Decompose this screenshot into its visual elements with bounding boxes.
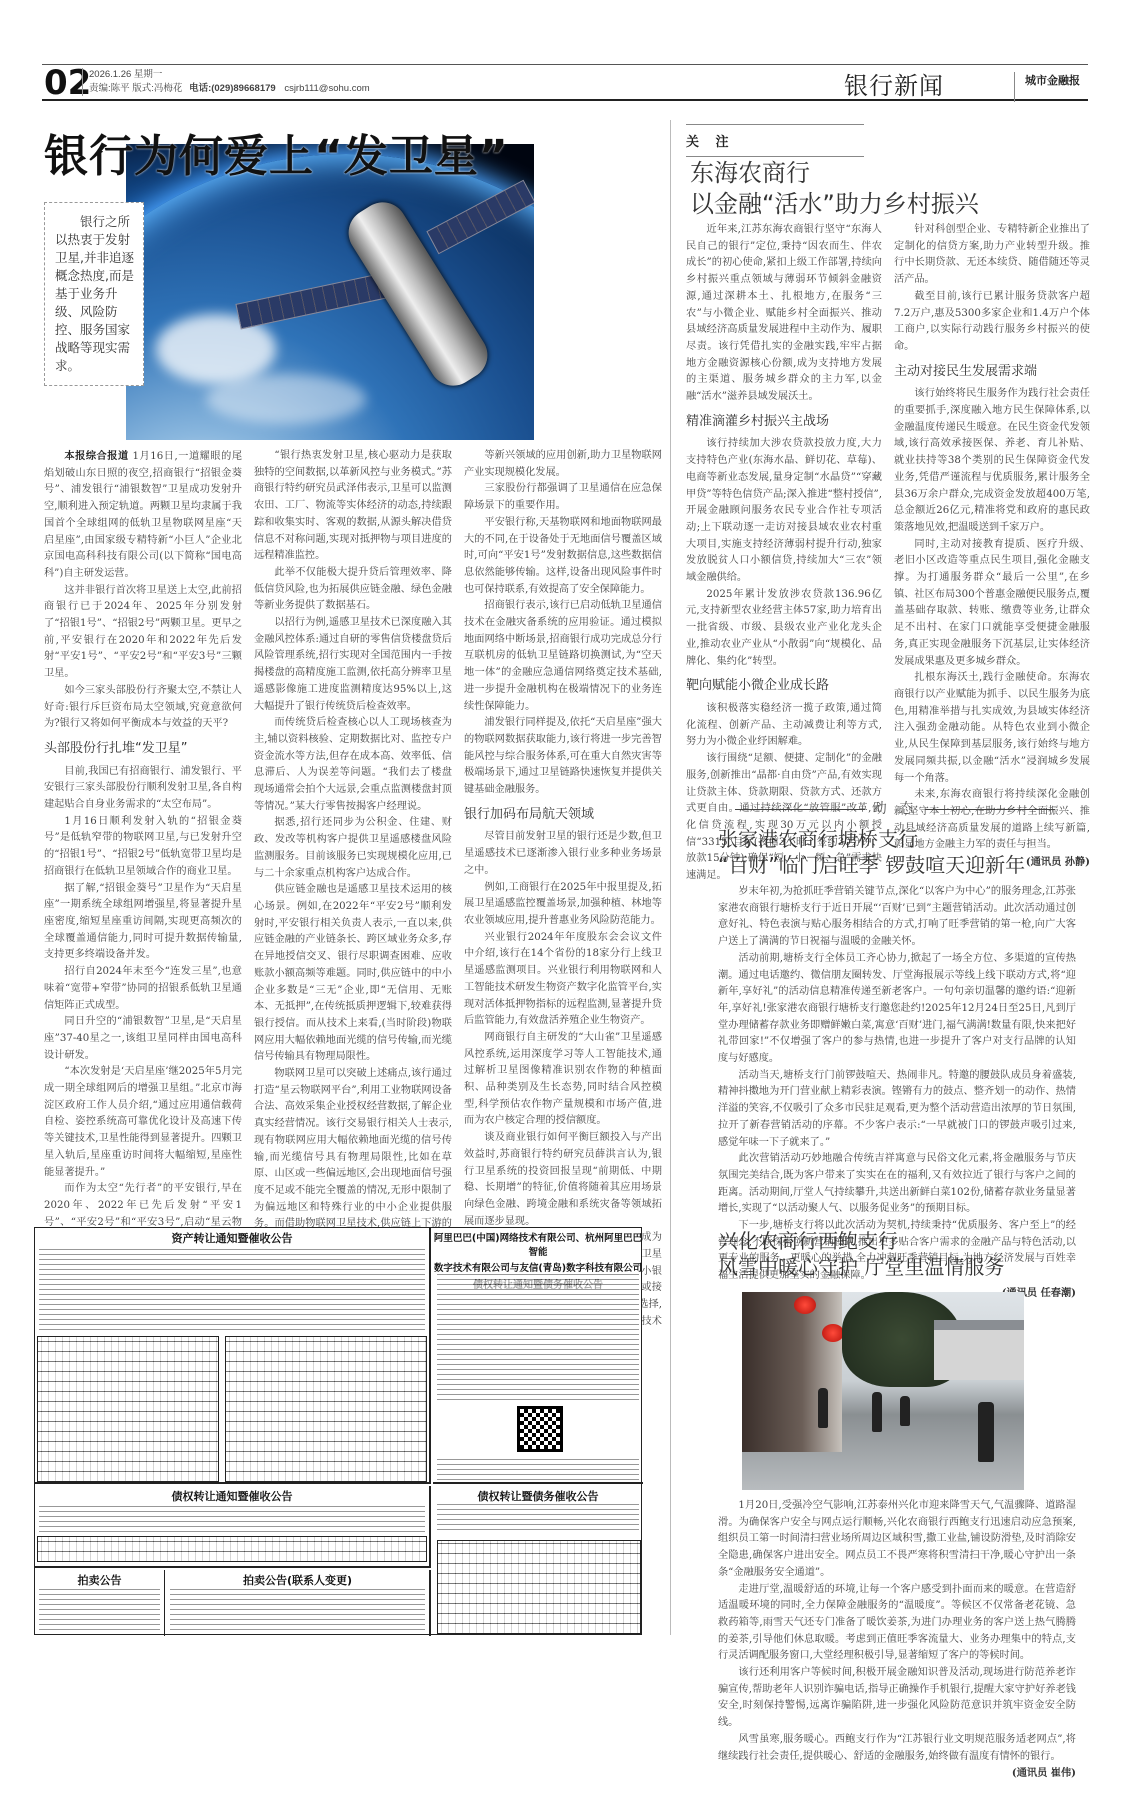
satellite-image <box>126 144 534 440</box>
staff-person-shoveling <box>978 1402 994 1462</box>
lead-column-3: 等新兴领域的应用创新,助力卫星物联网产业实现规模化发展。 三家股份行都强调了卫星… <box>464 448 662 1347</box>
section-divider: 动 态 <box>720 798 1070 818</box>
story-headline: 兴化农商行西鲍支行 风雪中暖心守护 厅堂里温情服务 <box>718 1228 1004 1280</box>
notice-auction-contact-change: 拍卖公告(联系人变更) <box>166 1570 431 1636</box>
cloud-band <box>206 374 366 424</box>
story1-column-a: 近年来,江苏东海农商银行坚守“东海人民自己的银行”定位,秉持“因农而生、伴农成长… <box>686 222 882 885</box>
subhead: 主动对接民生发展需求端 <box>894 364 1090 381</box>
byline: (通讯员 崔伟) <box>718 1765 1076 1782</box>
red-lantern <box>822 1324 844 1342</box>
subhead: 靶向赋能小微企业成长路 <box>686 678 882 695</box>
lead-column-1: 本报综合报道 1月16日,一道耀眼的尾焰划破山东日照的夜空,招商银行“招银金葵号… <box>44 448 242 1346</box>
notice-debt-collection: 债权转让暨债务催收公告 <box>433 1486 643 1636</box>
phone: 电话:(029)89668179 <box>189 83 276 94</box>
notice-auction: 拍卖公告 <box>35 1570 165 1636</box>
issue-date: 2026.1.26 星期一 <box>89 68 370 82</box>
section-kicker: 关 注 <box>686 124 864 157</box>
staff-person <box>818 1388 828 1428</box>
story-headline: 张家港农商行塘桥支行 “百财”临门启旺季 锣鼓喧天迎新年 <box>718 826 1025 878</box>
column-divider <box>670 120 671 1635</box>
staff-person <box>900 1396 910 1426</box>
red-lantern <box>794 1296 816 1314</box>
subhead: 头部股份行扎堆“发卫星” <box>44 741 242 758</box>
divider-label: 动 态 <box>873 801 917 817</box>
notice-debt-transfer: 债权转让通知暨催收公告 <box>35 1486 431 1568</box>
section-title: 银行新闻 <box>844 66 944 101</box>
newspaper-name: 城市金融报 <box>1014 72 1080 102</box>
lead-label: 本报综合报道 <box>64 450 128 462</box>
notice-table-right <box>225 1336 427 1482</box>
lead-headline: 银行为何爱上“发卫星” <box>44 120 509 184</box>
masthead-top-rule <box>42 64 1088 65</box>
building <box>934 1320 1024 1380</box>
story3-body: 1月20日,受强冷空气影响,江苏泰州兴化市迎来降雪天气,气温骤降、道路湿滑。为确… <box>718 1498 1076 1782</box>
lead-column-2: “银行热衷发射卫星,核心驱动力是获取独特的空间数据,以革新风控与业务模式。”苏商… <box>254 448 452 1333</box>
notice-asset-transfer: 资产转让通知暨催收公告 <box>35 1228 431 1484</box>
snow-clearing-photo <box>742 1292 1024 1490</box>
branch-storefront <box>742 1292 842 1452</box>
story-headline: 东海农商行 以金融“活水”助力乡村振兴 <box>690 158 979 220</box>
editor-credits: 责编:陈平 版式:冯梅花 电话:(029)89668179 csjrb111@s… <box>89 82 370 96</box>
masthead-meta: 2026.1.26 星期一 责编:陈平 版式:冯梅花 电话:(029)89668… <box>82 68 370 96</box>
notice-alibaba-debt-transfer: 阿里巴巴(中国)网络技术有限公司、杭州阿里巴巴智能 数字技术有限公司与友信(青岛… <box>433 1228 643 1484</box>
notice-table-left <box>37 1336 219 1482</box>
subhead: 银行加码布局航天领域 <box>464 807 662 824</box>
subhead: 精准滴灌乡村振兴主战场 <box>686 414 882 431</box>
staff-person <box>872 1392 882 1432</box>
story1-column-b: 针对科创型企业、专精特新企业推出了定制化的信贷方案,助力产业转型升级。推行中长期… <box>894 222 1090 871</box>
pull-quote: 银行之所以热衷于发射卫星,并非追逐概念热度,而是基于业务升级、风险防控、服务国家… <box>44 202 144 386</box>
qr-code-icon[interactable] <box>517 1406 563 1452</box>
legal-notices-block: 资产转让通知暨催收公告 阿里巴巴(中国)网络技术有限公司、杭州阿里巴巴智能 数字… <box>34 1227 642 1635</box>
email: csjrb111@sohu.com <box>284 83 369 94</box>
